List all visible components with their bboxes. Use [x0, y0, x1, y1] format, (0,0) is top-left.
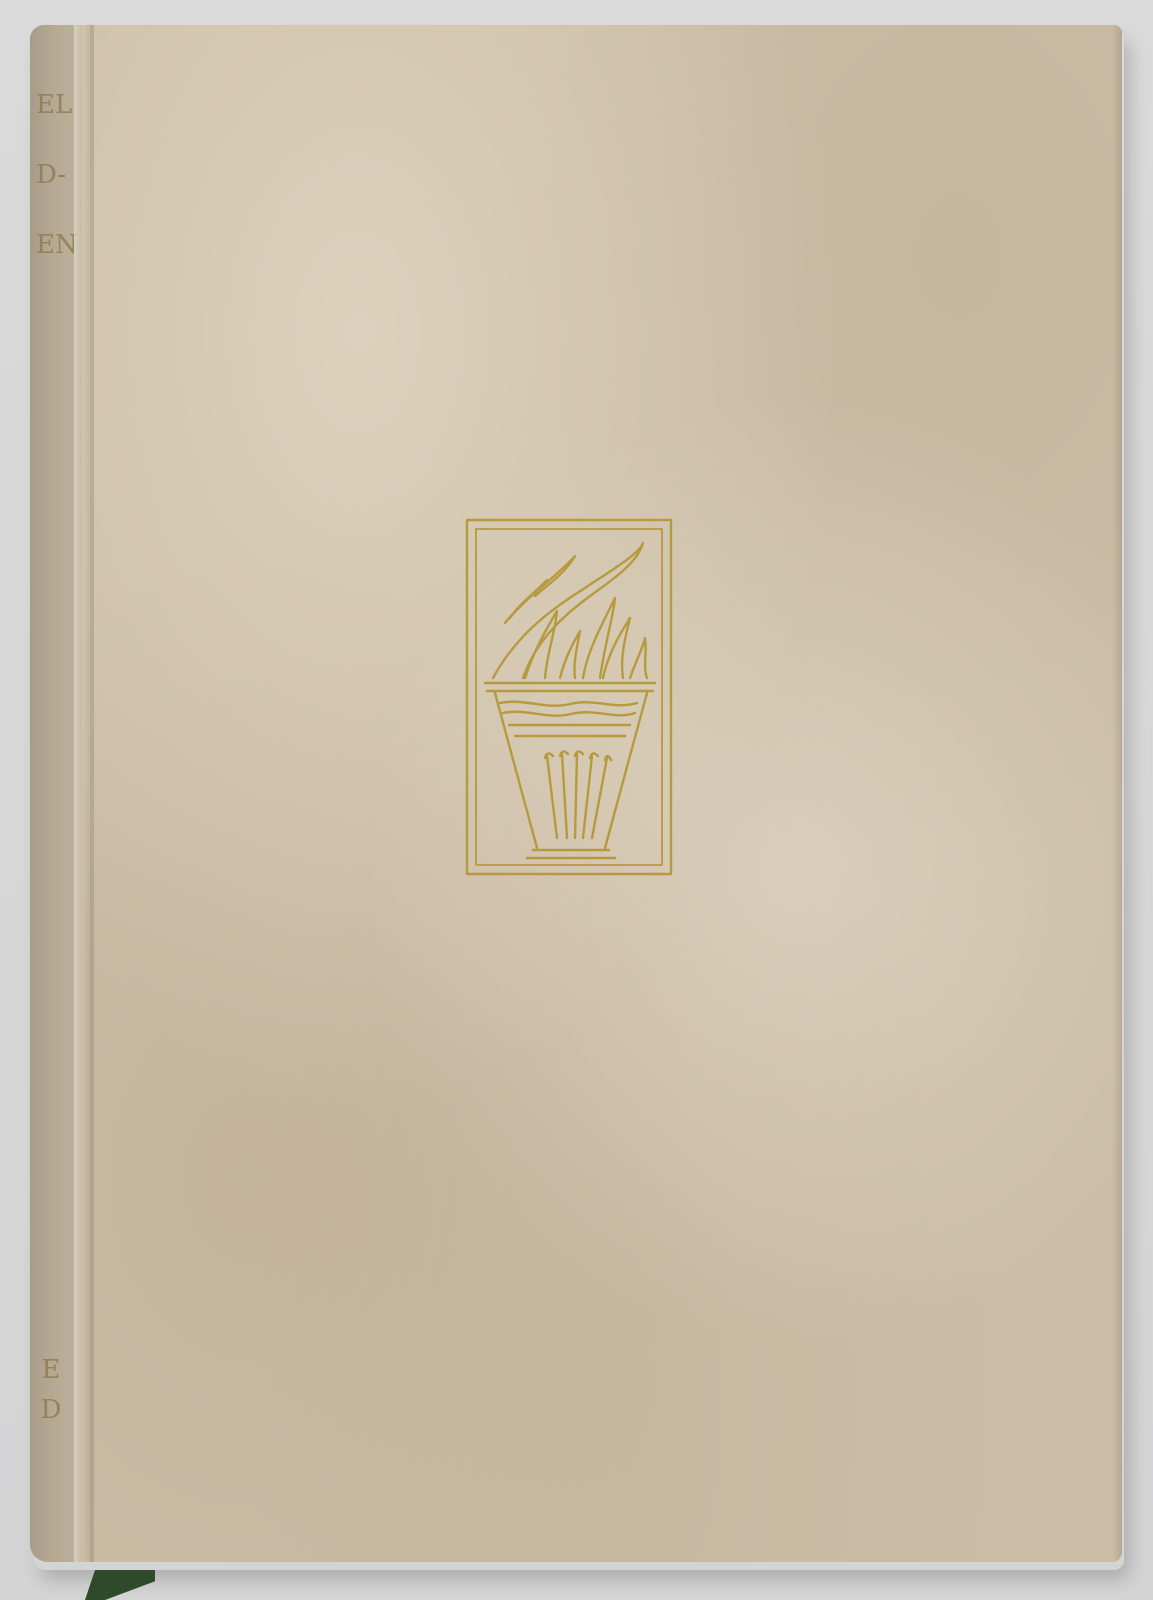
spine-title-line-3: EN [36, 230, 66, 260]
torch-emblem-icon [465, 518, 673, 876]
spine-publisher-line-2: D [36, 1395, 66, 1425]
spine-highlight [74, 25, 90, 1562]
cover-hinge [90, 25, 94, 1562]
fore-edge-shade [1112, 25, 1122, 1562]
bookmark-ribbon [45, 1570, 155, 1600]
spine-title-line-2: D- [36, 160, 66, 190]
spine-publisher-line-1: E [36, 1355, 66, 1385]
spine-title-line-1: EL [36, 90, 66, 120]
